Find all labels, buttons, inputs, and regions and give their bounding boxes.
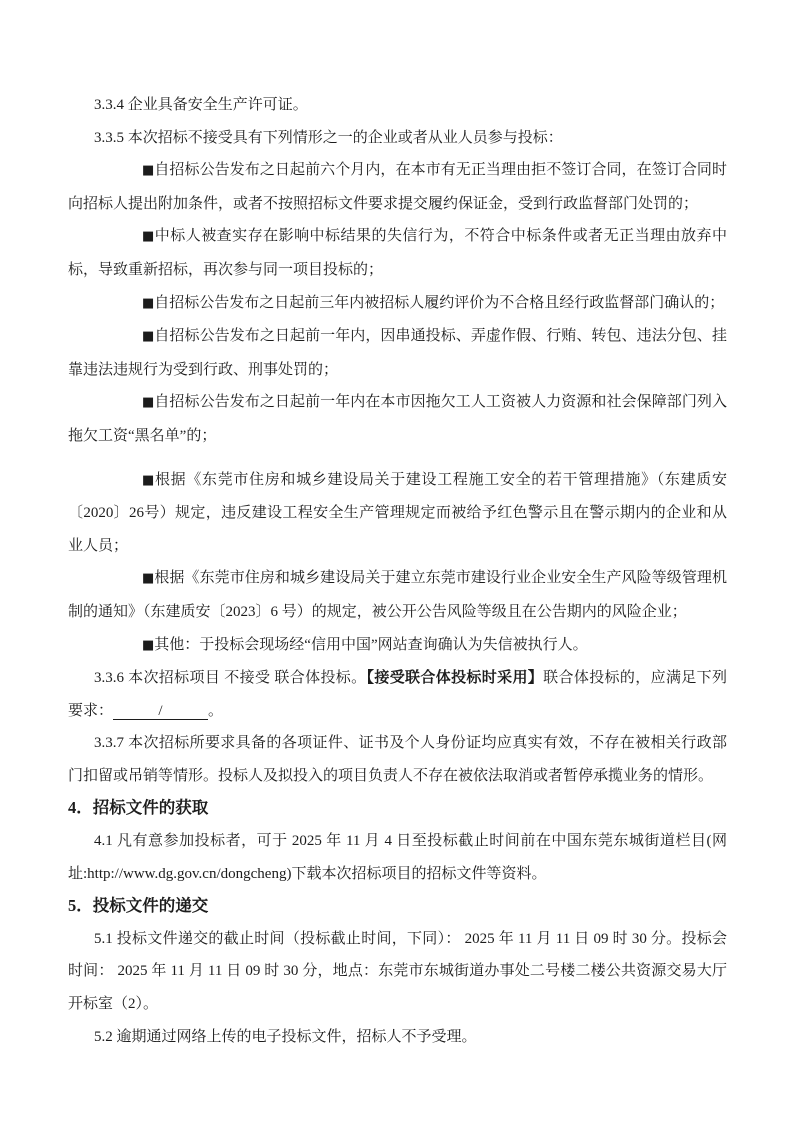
section-5-heading: 5．投标文件的递交	[68, 890, 727, 923]
clause-5-1: 5.1 投标文件递交的截止时间（投标截止时间，下同）： 2025 年 11 月 …	[68, 923, 727, 1021]
exclusion-text: 根据《东莞市住房和城乡建设局关于建设工程施工安全的若干管理措施》（东建质安〔20…	[68, 472, 727, 554]
square-bullet-icon: ■	[142, 571, 154, 586]
clause-4-1: 4.1 凡有意参加投标者，可于 2025 年 11 月 4 日至投标截止时间前在…	[68, 825, 727, 890]
exclusion-text: 中标人被查实存在影响中标结果的失信行为，不符合中标条件或者无正当理由放弃中标，导…	[68, 228, 727, 278]
square-bullet-icon: ■	[142, 296, 154, 311]
exclusion-item: ■自招标公告发布之日起前一年内在本市因拖欠工人工资被人力资源和社会保障部门列入拖…	[68, 386, 727, 452]
clause-3-3-6-prefix: 3.3.6 本次招标项目 不接受 联合体投标。	[94, 670, 367, 686]
square-bullet-icon: ■	[142, 395, 154, 410]
square-bullet-icon: ■	[142, 229, 155, 244]
square-bullet-icon: ■	[142, 473, 155, 488]
exclusion-text: 自招标公告发布之日起前一年内，因串通投标、弄虚作假、行贿、转包、违法分包、挂靠违…	[68, 328, 727, 378]
square-bullet-icon: ■	[142, 638, 154, 653]
square-bullet-icon: ■	[142, 329, 154, 344]
exclusion-text: 自招标公告发布之日起前六个月内，在本市有无正当理由拒不签订合同，在签订合同时向招…	[68, 162, 727, 212]
exclusion-item: ■自招标公告发布之日起前六个月内，在本市有无正当理由拒不签订合同，在签订合同时向…	[68, 154, 727, 220]
exclusion-item: ■中标人被查实存在影响中标结果的失信行为，不符合中标条件或者无正当理由放弃中标，…	[68, 220, 727, 286]
exclusion-text: 其他：于投标会现场经“信用中国”网站查询确认为失信被执行人。	[154, 637, 587, 653]
exclusion-item: ■根据《东莞市住房和城乡建设局关于建设工程施工安全的若干管理措施》（东建质安〔2…	[68, 464, 727, 563]
fill-in-blank: /	[113, 703, 208, 720]
section-4-heading: 4．招标文件的获取	[68, 792, 727, 825]
exclusion-item: ■自招标公告发布之日起前一年内，因串通投标、弄虚作假、行贿、转包、违法分包、挂靠…	[68, 320, 727, 386]
exclusion-text: 根据《东莞市住房和城乡建设局关于建立东莞市建设行业企业安全生产风险等级管理机制的…	[68, 570, 727, 620]
exclusion-text: 自招标公告发布之日起前三年内被招标人履约评价为不合格且经行政监督部门确认的；	[154, 295, 724, 311]
clause-3-3-5: 3.3.5 本次招标不接受具有下列情形之一的企业或者从业人员参与投标：	[68, 122, 727, 155]
clause-3-3-6: 3.3.6 本次招标项目 不接受 联合体投标。【接受联合体投标时采用】联合体投标…	[68, 662, 727, 727]
exclusion-item: ■根据《东莞市住房和城乡建设局关于建立东莞市建设行业企业安全生产风险等级管理机制…	[68, 562, 727, 628]
exclusion-text: 自招标公告发布之日起前一年内在本市因拖欠工人工资被人力资源和社会保障部门列入拖欠…	[68, 394, 727, 444]
clause-3-3-4: 3.3.4 企业具备安全生产许可证。	[68, 89, 727, 122]
clause-3-3-7: 3.3.7 本次招标所要求具备的各项证件、证书及个人身份证均应真实有效，不存在被…	[68, 727, 727, 792]
document-page: 3.3.4 企业具备安全生产许可证。 3.3.5 本次招标不接受具有下列情形之一…	[0, 0, 794, 1123]
square-bullet-icon: ■	[142, 163, 154, 178]
clause-3-3-6-suffix: 。	[208, 703, 223, 719]
joint-bid-bracket-note: 【接受联合体投标时采用】	[367, 670, 544, 686]
exclusion-item: ■其他：于投标会现场经“信用中国”网站查询确认为失信被执行人。	[68, 629, 727, 663]
exclusion-item: ■自招标公告发布之日起前三年内被招标人履约评价为不合格且经行政监督部门确认的；	[68, 287, 727, 321]
clause-5-2: 5.2 逾期通过网络上传的电子投标文件，招标人不予受理。	[68, 1021, 727, 1054]
